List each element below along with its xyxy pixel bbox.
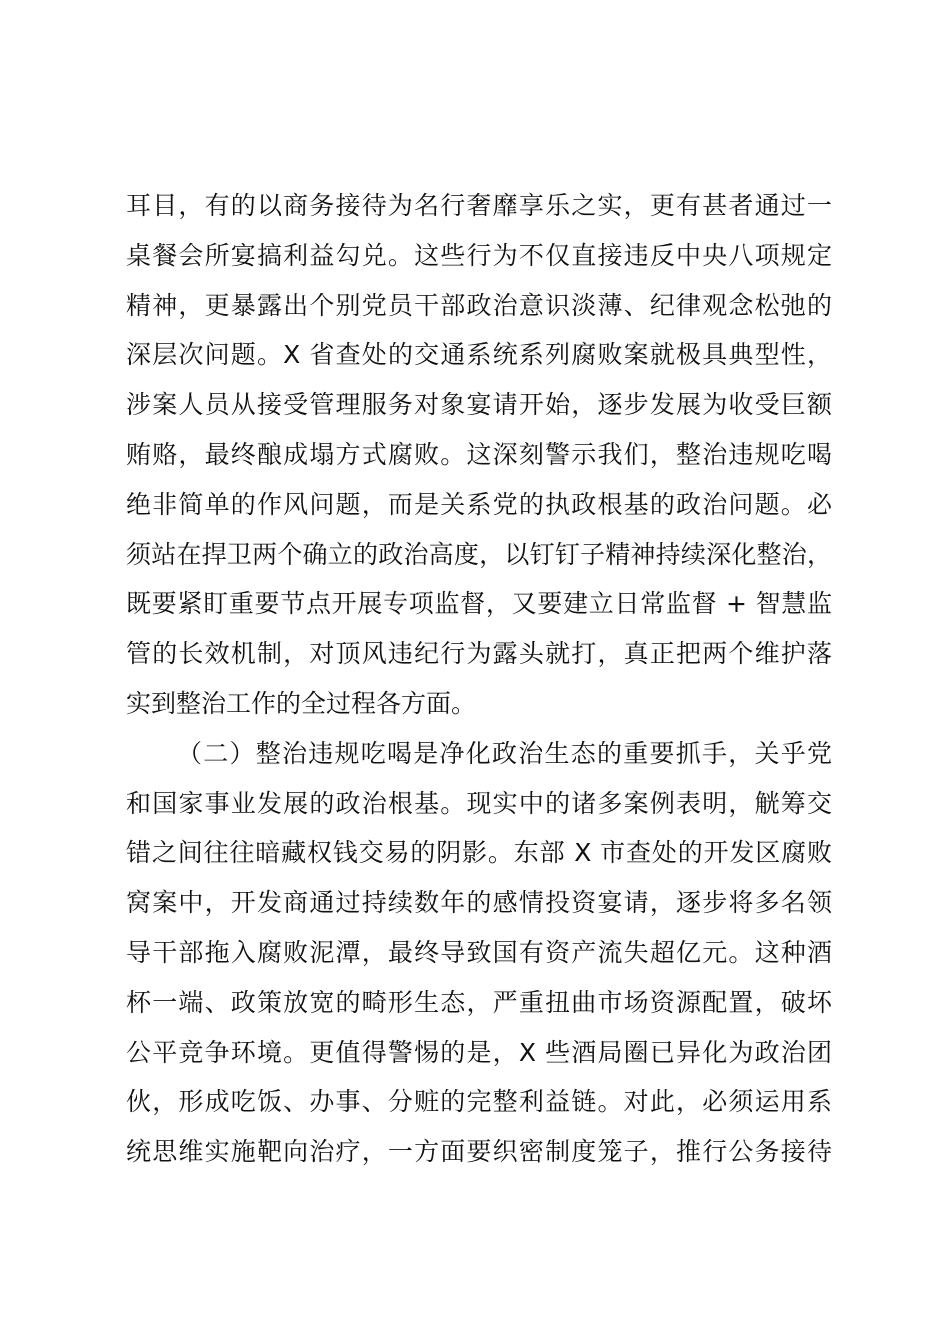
text-line-indented: （二）整治违规吃喝是净化政治生态的重要抓手，关乎党 (126, 729, 832, 779)
text-line: 涉案人员从接受管理服务对象宴请开始，逐步发展为收受巨额 (126, 380, 832, 430)
text-line: 桌餐会所宴搞利益勾兑。这些行为不仅直接违反中央八项规定 (126, 231, 832, 281)
text-line: 伙，形成吃饭、办事、分赃的完整利益链。对此，必须运用系 (126, 1077, 832, 1127)
text-line: 杯一端、政策放宽的畸形生态，严重扭曲市场资源配置，破坏 (126, 978, 832, 1028)
text-line: 绝非简单的作风问题，而是关系党的执政根基的政治问题。必 (126, 480, 832, 530)
text-line: 管的长效机制，对顶风违纪行为露头就打，真正把两个维护落 (126, 629, 832, 679)
text-line: 错之间往往暗藏权钱交易的阴影。东部 X 市查处的开发区腐败 (126, 828, 832, 878)
text-line: 深层次问题。X 省查处的交通系统系列腐败案就极具典型性， (126, 330, 832, 380)
text-line: 须站在捍卫两个确立的政治高度，以钉钉子精神持续深化整治， (126, 530, 832, 580)
text-line: 导干部拖入腐败泥潭，最终导致国有资产流失超亿元。这种酒 (126, 928, 832, 978)
text-line: 统思维实施靶向治疗，一方面要织密制度笼子，推行公务接待 (126, 1127, 832, 1177)
text-line: 既要紧盯重要节点开展专项监督，又要建立日常监督 + 智慧监 (126, 579, 832, 629)
document-page: 耳目，有的以商务接待为名行奢靡享乐之实，更有甚者通过一 桌餐会所宴搞利益勾兑。这… (0, 0, 950, 1344)
text-line: 实到整治工作的全过程各方面。 (126, 679, 832, 729)
text-line: 贿赂，最终酿成塌方式腐败。这深刻警示我们，整治违规吃喝 (126, 430, 832, 480)
paragraph-1: 耳目，有的以商务接待为名行奢靡享乐之实，更有甚者通过一 桌餐会所宴搞利益勾兑。这… (126, 181, 832, 729)
text-line: 窝案中，开发商通过持续数年的感情投资宴请，逐步将多名领 (126, 878, 832, 928)
text-line: 和国家事业发展的政治根基。现实中的诸多案例表明，觥筹交 (126, 779, 832, 829)
document-body: 耳目，有的以商务接待为名行奢靡享乐之实，更有甚者通过一 桌餐会所宴搞利益勾兑。这… (126, 181, 832, 1177)
paragraph-2: （二）整治违规吃喝是净化政治生态的重要抓手，关乎党 和国家事业发展的政治根基。现… (126, 729, 832, 1177)
text-line: 耳目，有的以商务接待为名行奢靡享乐之实，更有甚者通过一 (126, 181, 832, 231)
text-line: 精神，更暴露出个别党员干部政治意识淡薄、纪律观念松弛的 (126, 281, 832, 331)
text-line: 公平竞争环境。更值得警惕的是，X 些酒局圈已异化为政治团 (126, 1028, 832, 1078)
